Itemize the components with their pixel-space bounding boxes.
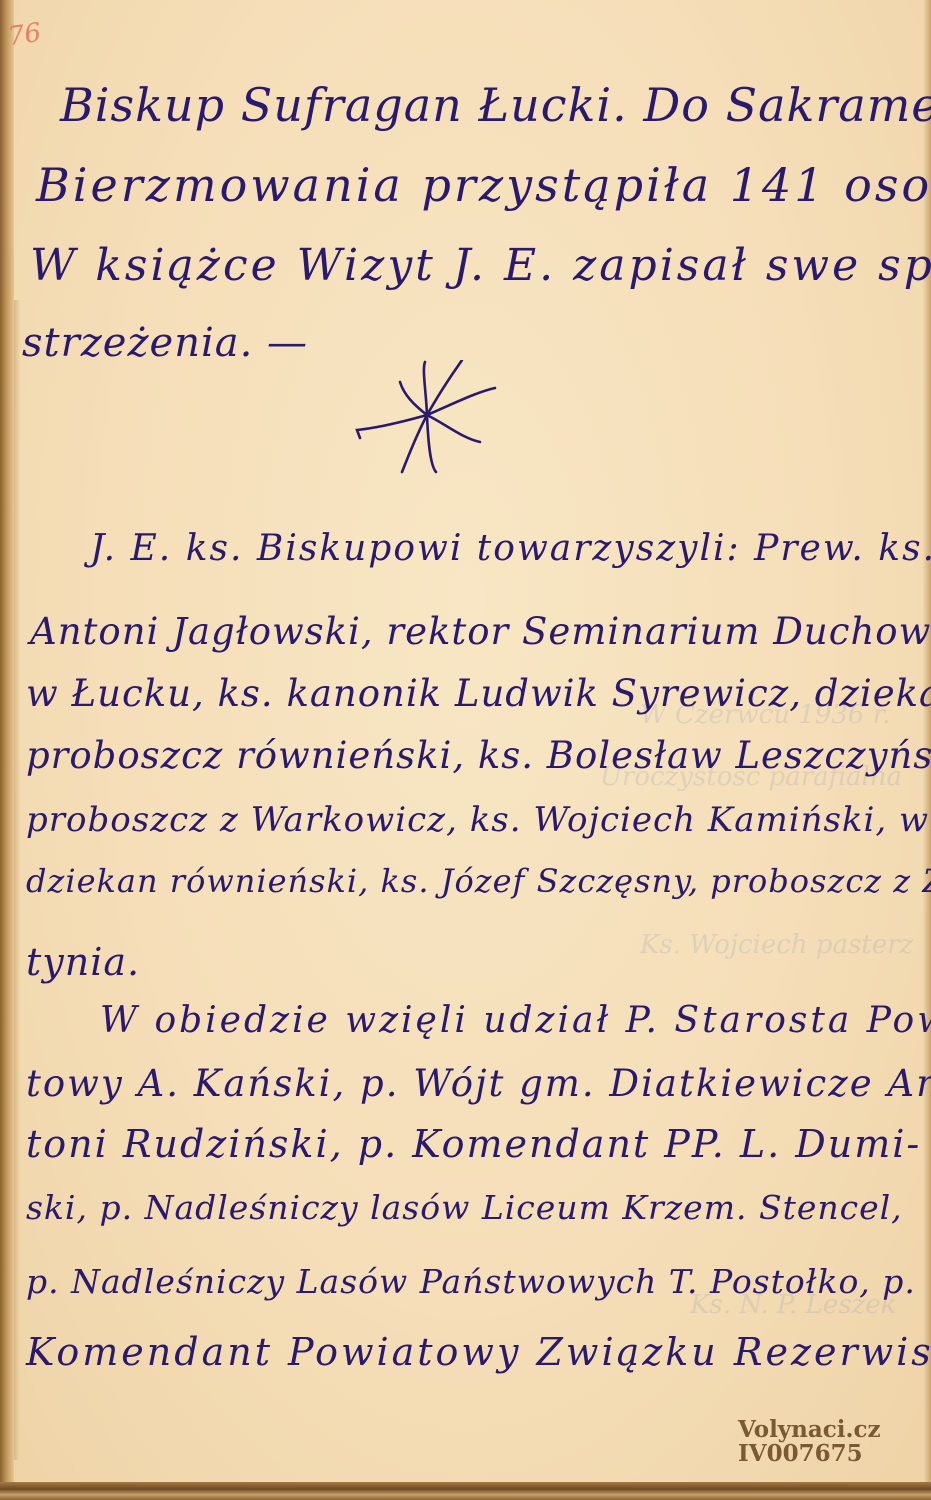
text-line-4: strzeżenia. — <box>22 320 308 366</box>
text-line-15: ski, p. Nadleśniczy lasów Liceum Krzem. … <box>26 1188 903 1227</box>
text-line-7: w Łucku, ks. kanonik Ludwik Syrewicz, dz… <box>26 672 931 715</box>
text-line-16: p. Nadleśniczy Lasów Państwowych T. Post… <box>26 1262 916 1301</box>
text-line-2: Bierzmowania przystąpiła 141 osoba. <box>36 158 931 212</box>
manuscript-page: W Czerwcu 1936 r. Uroczystość parafialna… <box>0 0 931 1500</box>
text-line-6: Antoni Jagłowski, rektor Seminarium Duch… <box>30 610 931 653</box>
page-stack-edge <box>14 300 20 1460</box>
page-bottom-edge <box>0 1482 931 1500</box>
asterisk-star-icon <box>352 360 502 480</box>
text-line-14: toni Rudziński, p. Komendant PP. L. Dumi… <box>26 1122 921 1166</box>
text-line-9: proboszcz z Warkowicz, ks. Wojciech Kami… <box>26 800 931 840</box>
text-line-8: proboszcz równieński, ks. Bolesław Leszc… <box>26 734 931 777</box>
book-binding-edge <box>0 0 14 1500</box>
watermark-id: IV007675 <box>738 1442 881 1466</box>
text-line-5: J. E. ks. Biskupowi towarzyszyli: Prew. … <box>90 528 931 569</box>
text-line-13: towy A. Kański, p. Wójt gm. Diatkiewicze… <box>26 1062 931 1105</box>
watermark: Volynaci.cz IV007675 <box>738 1418 881 1466</box>
watermark-site: Volynaci.cz <box>738 1418 881 1442</box>
bleed-through-text: Ks. Wojciech pasterz <box>640 930 913 960</box>
text-line-3: W książce Wizyt J. E. zapisał swe spo- <box>30 240 931 291</box>
page-number: 76 <box>6 18 43 52</box>
text-line-12: W obiedzie wzięli udział P. Starosta Pow… <box>100 1000 931 1041</box>
text-line-1: Biskup Sufragan Łucki. Do Sakramentu <box>60 78 931 132</box>
text-line-10: dziekan równieński, ks. Józef Szczęsny, … <box>26 862 931 900</box>
text-line-11: tynia. <box>26 940 140 984</box>
text-line-17: Komendant Powiatowy Związku Rezerwistów <box>26 1330 931 1374</box>
